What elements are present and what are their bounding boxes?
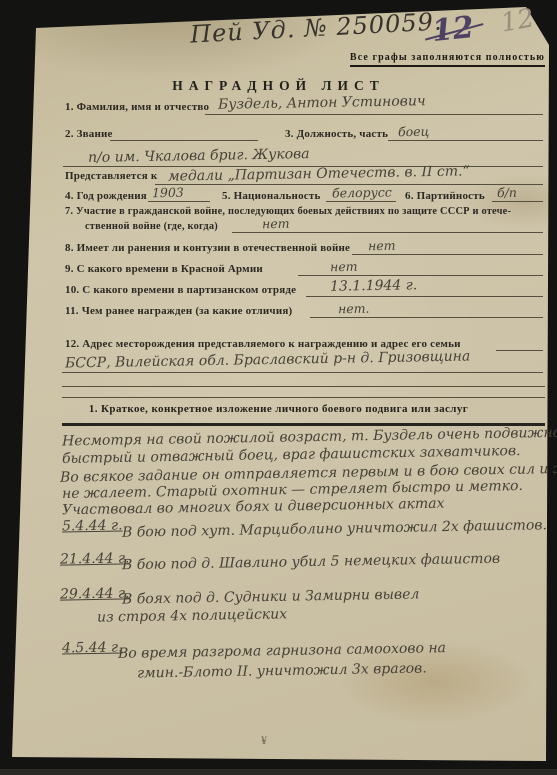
field-7-label-line2: ственной войне (где, когда) <box>85 221 218 232</box>
section-heading: 1. Краткое, конкретное изложение личного… <box>0 403 557 415</box>
presented-to-label: Представляется к <box>65 170 157 182</box>
field-4-value: 1903 <box>152 185 184 201</box>
rule <box>62 372 543 373</box>
rule <box>232 232 543 233</box>
rule <box>148 201 210 202</box>
rule <box>326 201 396 202</box>
field-3-label: 3. Должность, часть <box>285 128 388 140</box>
rule <box>310 317 543 318</box>
entry-date: 21.4.44 г. <box>60 550 130 567</box>
field-10-value: 13.1.1944 г. <box>330 277 418 295</box>
field-6-value: б/п <box>497 185 517 200</box>
page-number-crossed: 12 <box>430 10 475 49</box>
field-7-value: нет <box>262 216 290 231</box>
field-11-value: нет. <box>338 301 370 317</box>
entry-date: 4.5.44 г. <box>62 639 123 656</box>
entry-date: 29.4.44 г. <box>60 585 130 602</box>
fill-notice: Все графы заполняются полностью <box>350 52 545 67</box>
field-9-label: 9. С какого времени в Красной Армии <box>65 263 263 275</box>
page-mark: ¥ <box>261 733 267 748</box>
field-6-label: 6. Партийность <box>405 190 485 202</box>
rule <box>62 386 545 387</box>
rule <box>62 397 545 398</box>
field-2-label: 2. Звание <box>65 128 113 140</box>
entry-text: из строя 4х полицейских <box>97 606 287 625</box>
page-number: 12 <box>499 3 537 38</box>
field-4-label: 4. Год рождения <box>65 190 147 202</box>
field-9-value: нет <box>330 259 358 274</box>
rule <box>306 296 543 297</box>
field-1-label: 1. Фамилия, имя и отчество <box>65 101 209 113</box>
field-10-label: 10. С какого времени в партизанском отря… <box>65 284 296 296</box>
document-title: НАГРАДНОЙ ЛИСТ <box>172 78 385 94</box>
field-8-label: 8. Имеет ли ранения и контузии в отечест… <box>65 242 350 254</box>
rule <box>496 350 543 351</box>
rule <box>492 201 543 202</box>
entry-date: 5.4.44 г. <box>62 517 123 534</box>
rule <box>205 114 543 115</box>
scanned-document: Пей Уд. № 250059. 12 12 Все графы заполн… <box>0 0 557 775</box>
rule <box>352 254 543 255</box>
rule <box>298 275 543 276</box>
field-8-value: нет <box>368 238 396 253</box>
field-5-label: 5. Национальность <box>222 190 321 202</box>
field-3-value: боец <box>398 124 430 140</box>
rule <box>388 140 543 141</box>
field-12-label: 12. Адрес месторождения представляемого … <box>65 338 461 350</box>
rule <box>110 140 258 141</box>
rule-thick <box>62 423 545 426</box>
field-11-label: 11. Чем ранее награжден (за какие отличи… <box>65 305 292 317</box>
field-5-value: белорусс <box>332 184 392 200</box>
